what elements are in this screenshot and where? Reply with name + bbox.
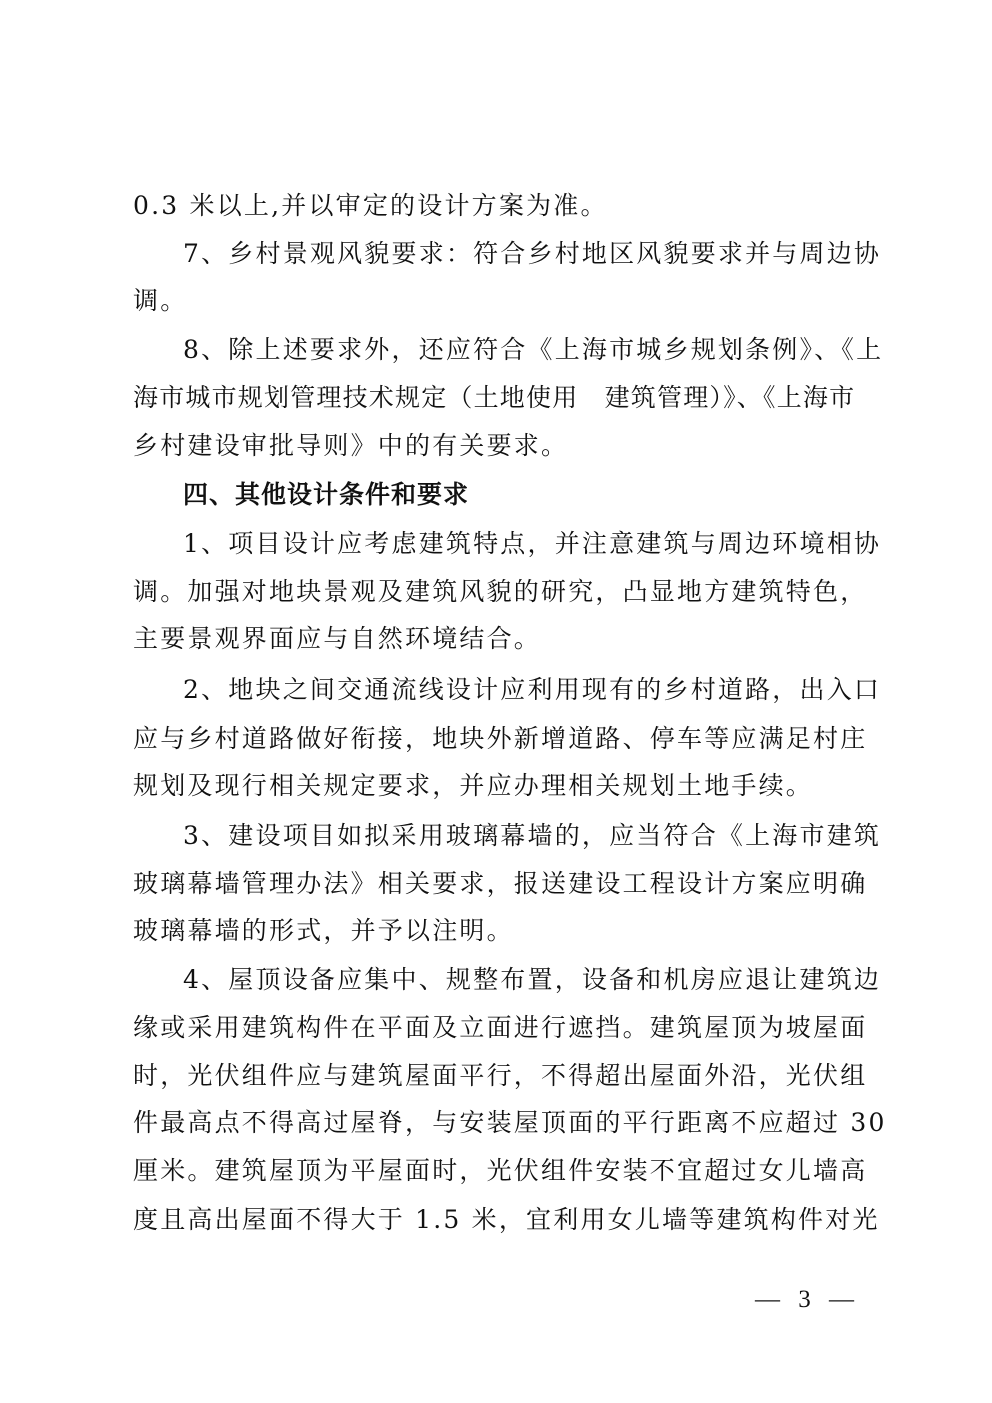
- document-page: 0.3 米以上,并以审定的设计方案为准。 7、乡村景观风貌要求：符合乡村地区风貌…: [0, 0, 992, 1403]
- paragraph-line: 规划及现行相关规定要求，并应办理相关规划土地手续。: [133, 766, 859, 806]
- paragraph-line: 3、建设项目如拟采用玻璃幕墙的，应当符合《上海市建筑: [183, 816, 859, 856]
- paragraph-line: 度且高出屋面不得大于 1.5 米，宜利用女儿墙等建筑构件对光: [133, 1200, 859, 1240]
- paragraph-line: 1、项目设计应考虑建筑特点，并注意建筑与周边环境相协: [183, 524, 859, 564]
- paragraph-line: 乡村建设审批导则》中的有关要求。: [133, 426, 859, 466]
- paragraph-line: 调。加强对地块景观及建筑风貌的研究，凸显地方建筑特色，: [133, 572, 859, 612]
- paragraph-line: 0.3 米以上,并以审定的设计方案为准。: [133, 186, 859, 226]
- paragraph-line: 调。: [133, 281, 859, 321]
- paragraph-line: 8、除上述要求外，还应符合《上海市城乡规划条例》、《上: [183, 330, 859, 370]
- paragraph-line: 4、屋顶设备应集中、规整布置，设备和机房应退让建筑边: [183, 960, 859, 1000]
- section-heading: 四、其他设计条件和要求: [183, 475, 859, 515]
- paragraph-line: 缘或采用建筑构件在平面及立面进行遮挡。建筑屋顶为坡屋面: [133, 1008, 859, 1048]
- paragraph-line: 玻璃幕墙的形式，并予以注明。: [133, 911, 859, 951]
- paragraph-line: 应与乡村道路做好衔接，地块外新增道路、停车等应满足村庄: [133, 719, 859, 759]
- paragraph-line: 时，光伏组件应与建筑屋面平行，不得超出屋面外沿，光伏组: [133, 1056, 859, 1096]
- paragraph-line: 7、乡村景观风貌要求：符合乡村地区风貌要求并与周边协: [183, 234, 859, 274]
- paragraph-line: 主要景观界面应与自然环境结合。: [133, 619, 859, 659]
- paragraph-line: 件最高点不得高过屋脊，与安装屋顶面的平行距离不应超过 30: [133, 1103, 859, 1143]
- paragraph-line: 海市城市规划管理技术规定（土地使用 建筑管理）》、《上海市: [133, 378, 859, 418]
- paragraph-line: 2、地块之间交通流线设计应利用现有的乡村道路，出入口: [183, 670, 859, 710]
- paragraph-line: 厘米。建筑屋顶为平屋面时，光伏组件安装不宜超过女儿墙高: [133, 1151, 859, 1191]
- page-number: — 3 —: [755, 1286, 860, 1314]
- paragraph-line: 玻璃幕墙管理办法》相关要求，报送建设工程设计方案应明确: [133, 864, 859, 904]
